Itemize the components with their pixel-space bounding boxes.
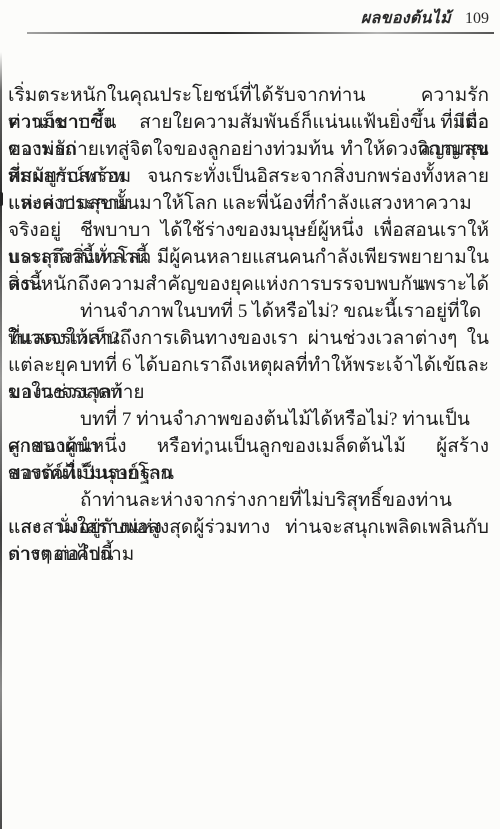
text-line: แห่งความสุขนั้นมาให้โลก และพี่น้องที่กำล… xyxy=(8,190,489,217)
text-line: ศาสนาคนหนึ่ง หรือท่านเป็นลูกของเมล็ดต้นไ… xyxy=(8,433,489,460)
text-line: ของพ่อถ่ายเทสู่จิตใจของลูกอย่างท่วมท้น ท… xyxy=(8,136,489,163)
text-line: ท่านก็มากขึ้น สายใยความสัมพันธ์ก็แน่นแฟ้… xyxy=(8,109,489,136)
text-line: ท่านจำภาพในบทที่ 5 ได้หรือไม่? ขณะนี้เรา… xyxy=(8,298,489,325)
text-line: ของต้นไม้มนุษย์โลก xyxy=(8,460,489,487)
header-rule xyxy=(27,32,494,34)
scanned-book-page: ผลของต้นไม้109 เริ่มตระหนักในคุณประโยชน์… xyxy=(0,0,500,829)
body-text-block: เริ่มตระหนักในคุณประโยชน์ที่ได้รับจากท่า… xyxy=(8,82,489,568)
text-line: ต่างๆ ต่อไปนี้ xyxy=(8,541,489,568)
text-line: ถ้าท่านละห่างจากร่างกายที่ไม่บริสุทธิ์ขอ… xyxy=(8,487,489,514)
text-line: แสง นั่งอยู่กับพ่อสูงสุดผู้ร่วมทาง ท่านจ… xyxy=(8,514,489,541)
text-line: ชีพบาบา ได้ใช้ร่างของมนุษย์ผู้หนึ่ง เพื่… xyxy=(8,217,489,244)
text-line: ที่สมบูรณ์พร้อม จนกระทั่งเป็นอิสระจากสิ่… xyxy=(8,163,489,190)
print-speck-artifact xyxy=(205,450,209,455)
text-line: ของวงจรเวลา xyxy=(8,379,489,406)
page-header: ผลของต้นไม้109 xyxy=(361,6,489,31)
text-line: เริ่มตระหนักในคุณประโยชน์ที่ได้รับจากท่า… xyxy=(8,82,489,109)
text-line: บทที่ 7 ท่านจำภาพของต้นไม้ได้หรือไม่? ท่… xyxy=(8,406,489,433)
running-title: ผลของต้นไม้ xyxy=(361,10,451,27)
page-number: 109 xyxy=(465,10,489,28)
text-line: บทที่ 6 ได้บอกเราถึงเหตุผลที่ทำให้พระเจ้… xyxy=(8,352,489,379)
scan-edge-artifact xyxy=(0,52,2,829)
text-line: ที่แสดงให้เห็นถึงการเดินทางของเรา ผ่านช่… xyxy=(8,325,489,352)
text-line: และเวลานี้ทั่วโลก มีผู้คนหลายแสนคนกำลังเ… xyxy=(8,244,489,271)
scan-blob-artifact xyxy=(0,192,3,206)
text-line: ตระหนักถึงความสำคัญของยุคแห่งการบรรจบพบก… xyxy=(8,271,489,298)
